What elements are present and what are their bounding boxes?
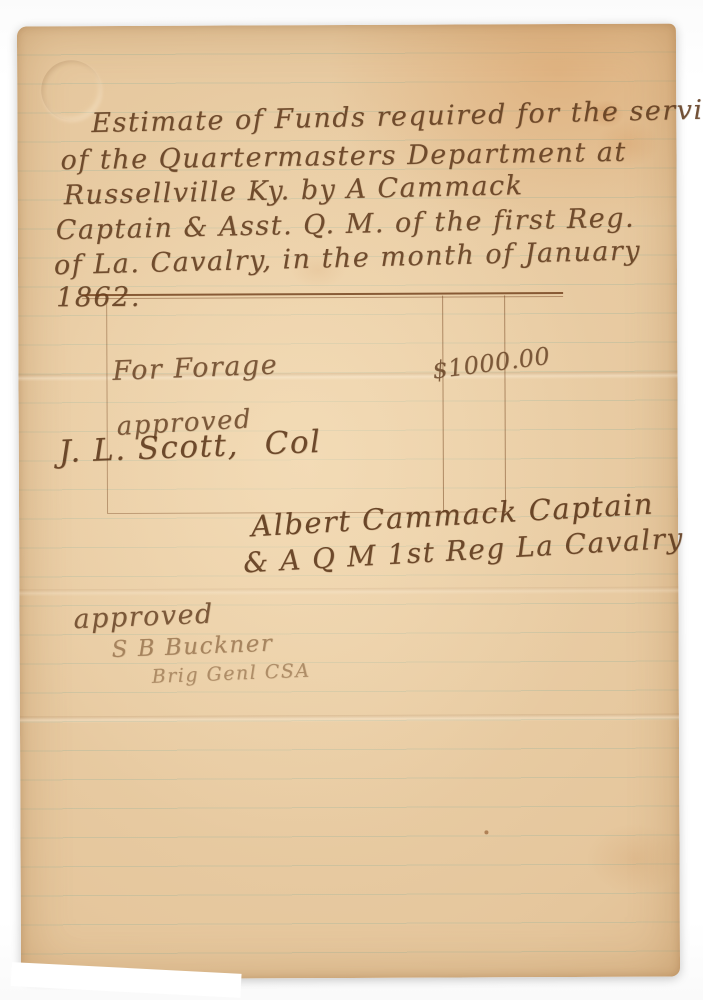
document-heading: Estimate of Funds required for the servi…: [17, 24, 676, 27]
torn-corner: [11, 962, 242, 998]
colonel-rank: Col: [264, 424, 322, 462]
general-signature: S B Buckner: [111, 631, 274, 663]
colonel-signature-line: J. L. Scott,Col: [58, 424, 322, 470]
heading-line: of the Quartermasters Department at: [60, 137, 627, 176]
fold-crease: [20, 714, 679, 724]
manuscript-page: Estimate of Funds required for the servi…: [17, 24, 680, 980]
heading-line: Russellville Ky. by A Cammack: [63, 170, 523, 211]
general-rank: Brig Genl CSA: [151, 660, 311, 688]
table-top-rule-double: [82, 296, 563, 299]
table-amount-rule-left: [442, 296, 444, 513]
approved-label-general: approved: [73, 599, 214, 635]
ink-speck: [484, 830, 488, 834]
table-item-label: For Forage: [112, 350, 279, 387]
table-amount-rule-right: [504, 295, 506, 512]
heading-line: Estimate of Funds required for the servi…: [91, 94, 703, 139]
table-left-rule: [106, 299, 108, 513]
colonel-signature: J. L. Scott,: [58, 427, 239, 470]
fold-crease: [19, 587, 678, 597]
scan-background: Estimate of Funds required for the servi…: [0, 0, 703, 1000]
